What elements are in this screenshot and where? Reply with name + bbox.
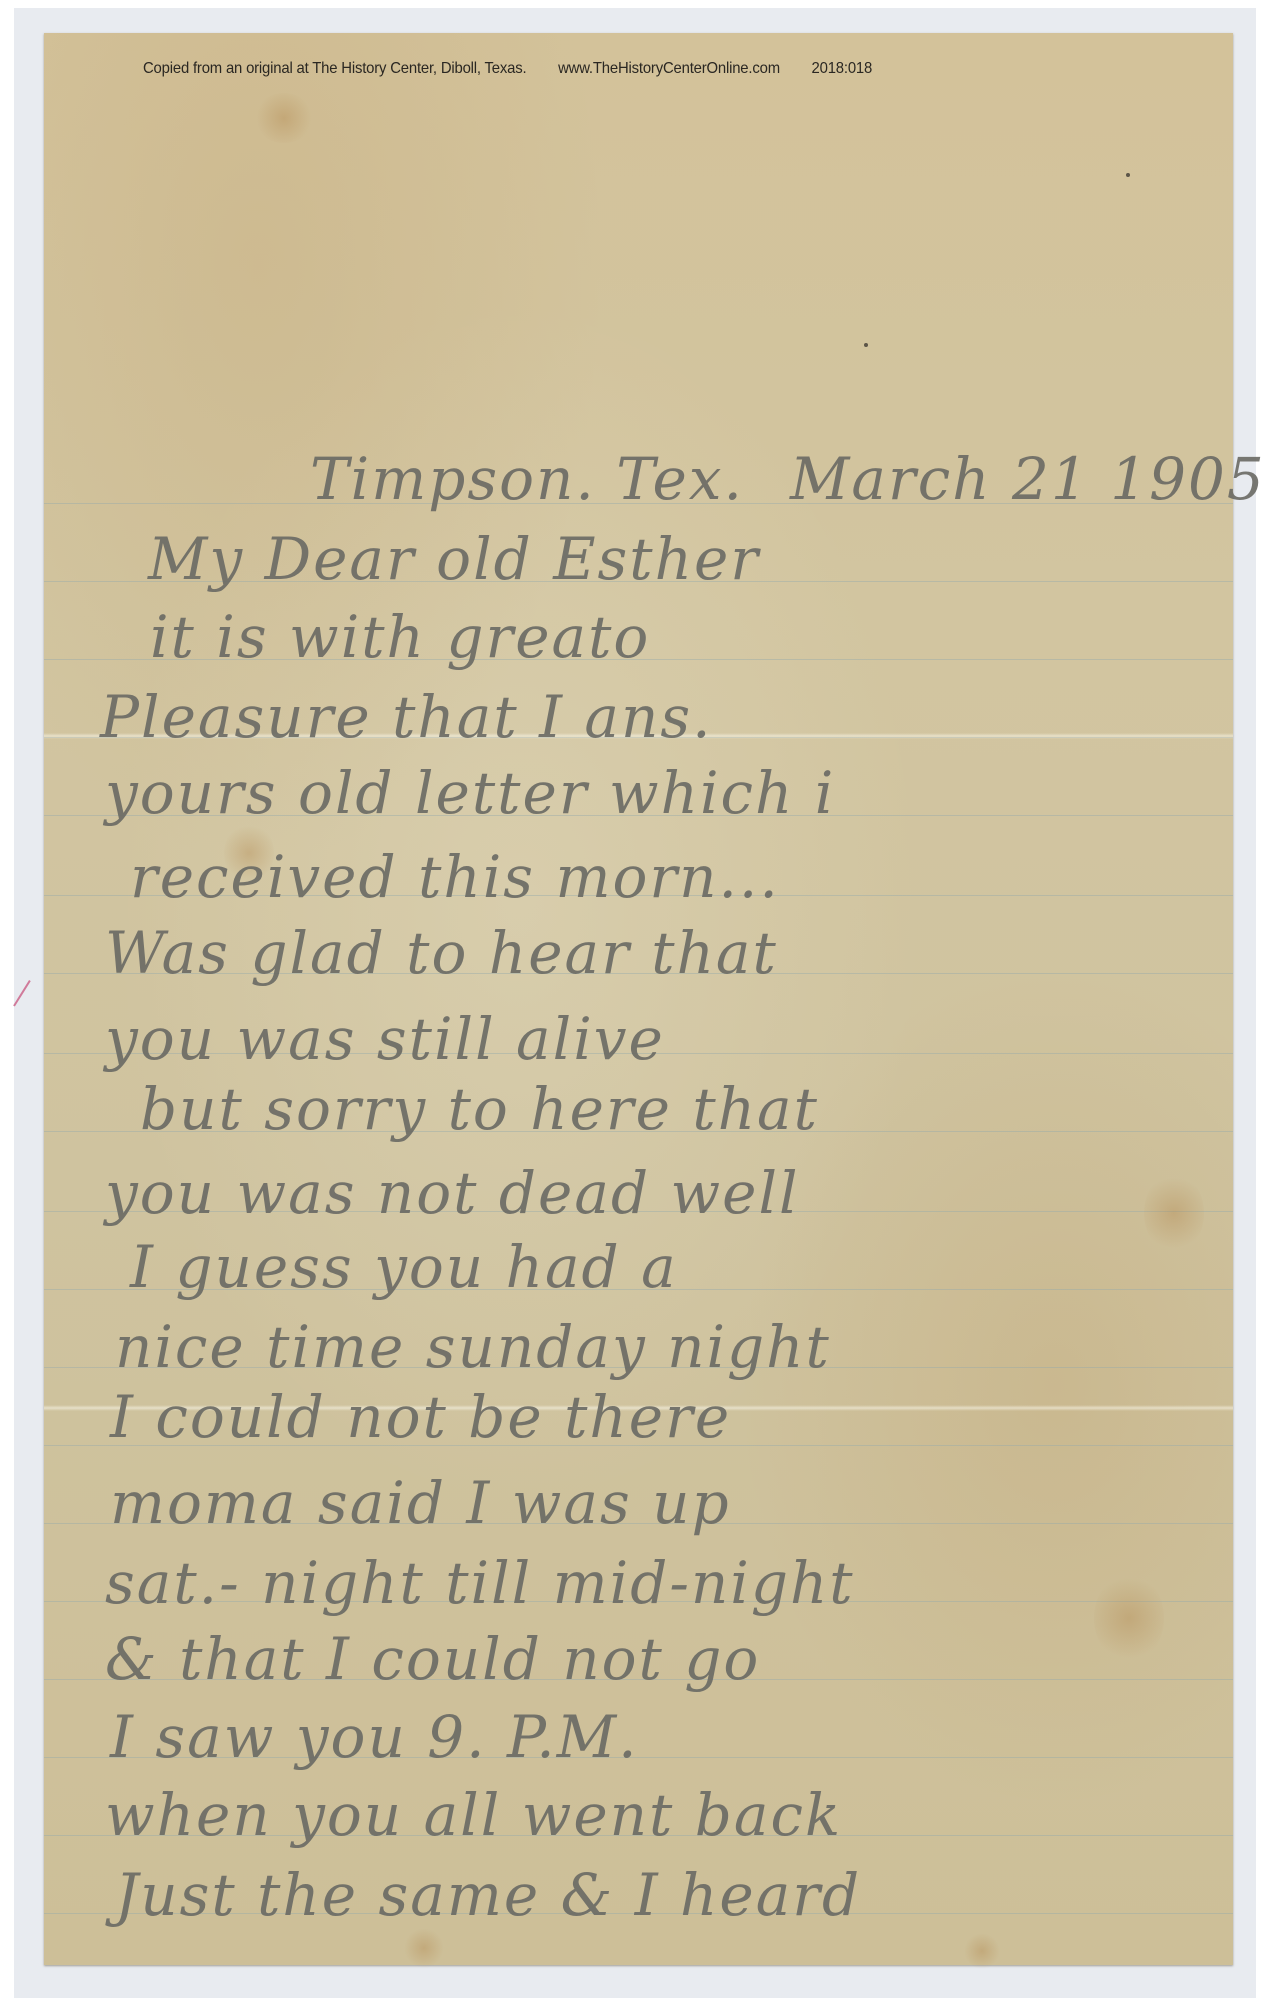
letter-line: sat.- night till mid-night xyxy=(105,1554,855,1612)
letter-line: you was still alive xyxy=(105,1010,665,1068)
letter-line: when you all went back xyxy=(105,1786,842,1844)
letter-line: but sorry to here that xyxy=(140,1080,819,1138)
letter-line: I guess you had a xyxy=(130,1238,678,1296)
age-stain xyxy=(1094,1573,1164,1663)
age-stain xyxy=(404,1928,444,1968)
archive-website-text: www.TheHistoryCenterOnline.com xyxy=(558,60,780,77)
age-stain xyxy=(1144,1173,1204,1253)
paper-speck xyxy=(864,343,868,347)
letter-place: Timpson. Tex. xyxy=(310,450,744,508)
letter-date: March 21 1905 xyxy=(790,450,1266,508)
letter-line: it is with greato xyxy=(150,608,650,666)
letter-line: Pleasure that I ans. xyxy=(100,688,713,746)
letter-line: Was glad to hear that xyxy=(105,924,778,982)
archive-copy-notice: Copied from an original at The History C… xyxy=(143,60,904,78)
letter-line: moma said I was up xyxy=(110,1474,731,1532)
paper-speck xyxy=(1126,173,1130,177)
letter-line: yours old letter which i xyxy=(105,764,835,822)
letter-line: nice time sunday night xyxy=(115,1318,831,1376)
letter-salutation: My Dear old Esther xyxy=(148,530,760,588)
archive-source-text: Copied from an original at The History C… xyxy=(143,60,526,77)
letter-line: you was not dead well xyxy=(105,1164,800,1222)
letter-line: Just the same & I heard xyxy=(115,1866,861,1924)
letter-line: received this morn... xyxy=(130,848,780,906)
archive-accession-number: 2018:018 xyxy=(812,60,873,77)
age-stain xyxy=(254,93,314,143)
letter-line: I saw you 9. P.M. xyxy=(110,1708,639,1766)
letter-line: I could not be there xyxy=(110,1388,731,1446)
age-stain xyxy=(964,1933,1000,1969)
letter-line: & that I could not go xyxy=(105,1630,760,1688)
